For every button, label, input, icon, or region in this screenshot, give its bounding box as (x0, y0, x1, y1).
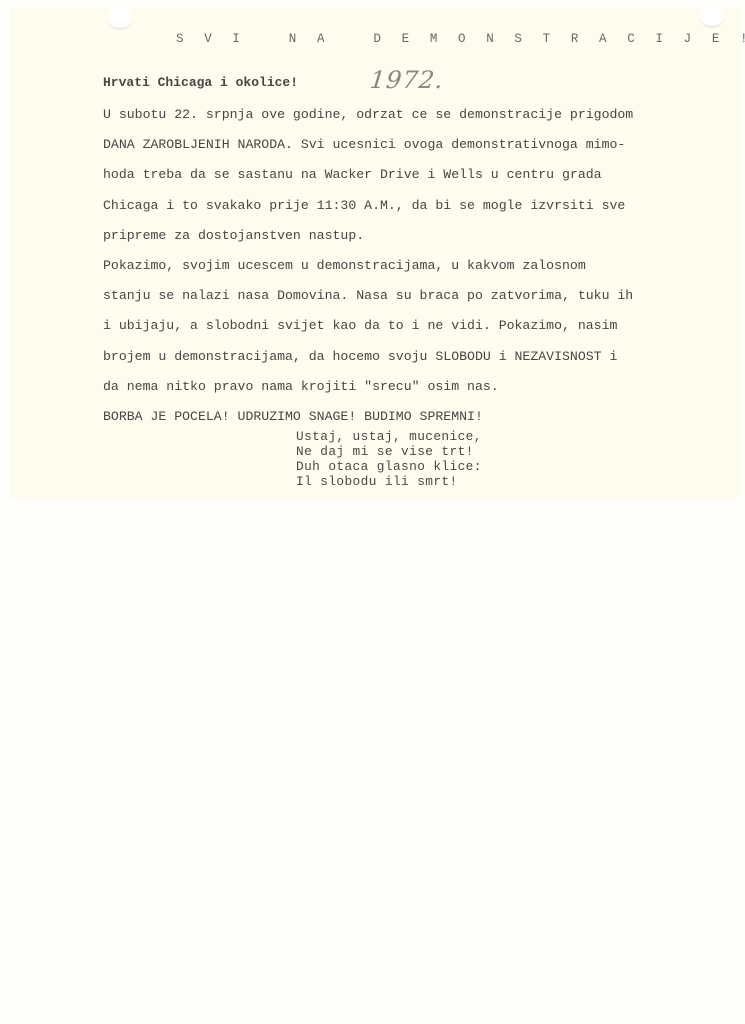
body-line: DANA ZAROBLJENIH NARODA. Svi ucesnici ov… (103, 135, 743, 165)
greeting-line: Hrvati Chicaga i okolice! (103, 75, 298, 90)
body-text: U subotu 22. srpnja ove godine, odrzat c… (103, 105, 743, 437)
body-line: U subotu 22. srpnja ove godine, odrzat c… (103, 105, 743, 135)
poem-line: Ustaj, ustaj, mucenice, (296, 429, 482, 444)
typewritten-page: S V I N A D E M O N S T R A C I J E ! Hr… (0, 0, 745, 1024)
body-line: Chicaga i to svakako prije 11:30 A.M., d… (103, 196, 743, 226)
handwritten-year: 1972. (369, 66, 446, 94)
body-line: Pokazimo, svojim ucescem u demonstracija… (103, 256, 743, 286)
poem-line: Duh otaca glasno klice: (296, 459, 482, 474)
body-line: hoda treba da se sastanu na Wacker Drive… (103, 165, 743, 195)
poem-line: Ne daj mi se vise trt! (296, 444, 482, 459)
body-line: pripreme za dostojanstven nastup. (103, 226, 743, 256)
poem-line: Il slobodu ili smrt! (296, 474, 482, 489)
body-line: stanju se nalazi nasa Domovina. Nasa su … (103, 286, 743, 316)
body-line: brojem u demonstracijama, da hocemo svoj… (103, 347, 743, 377)
poem-verse: Ustaj, ustaj, mucenice, Ne daj mi se vis… (296, 429, 482, 489)
body-line: i ubijaju, a slobodni svijet kao da to i… (103, 316, 743, 346)
document-title: S V I N A D E M O N S T R A C I J E ! (176, 32, 745, 46)
body-line: da nema nitko pravo nama krojiti "srecu"… (103, 377, 743, 407)
